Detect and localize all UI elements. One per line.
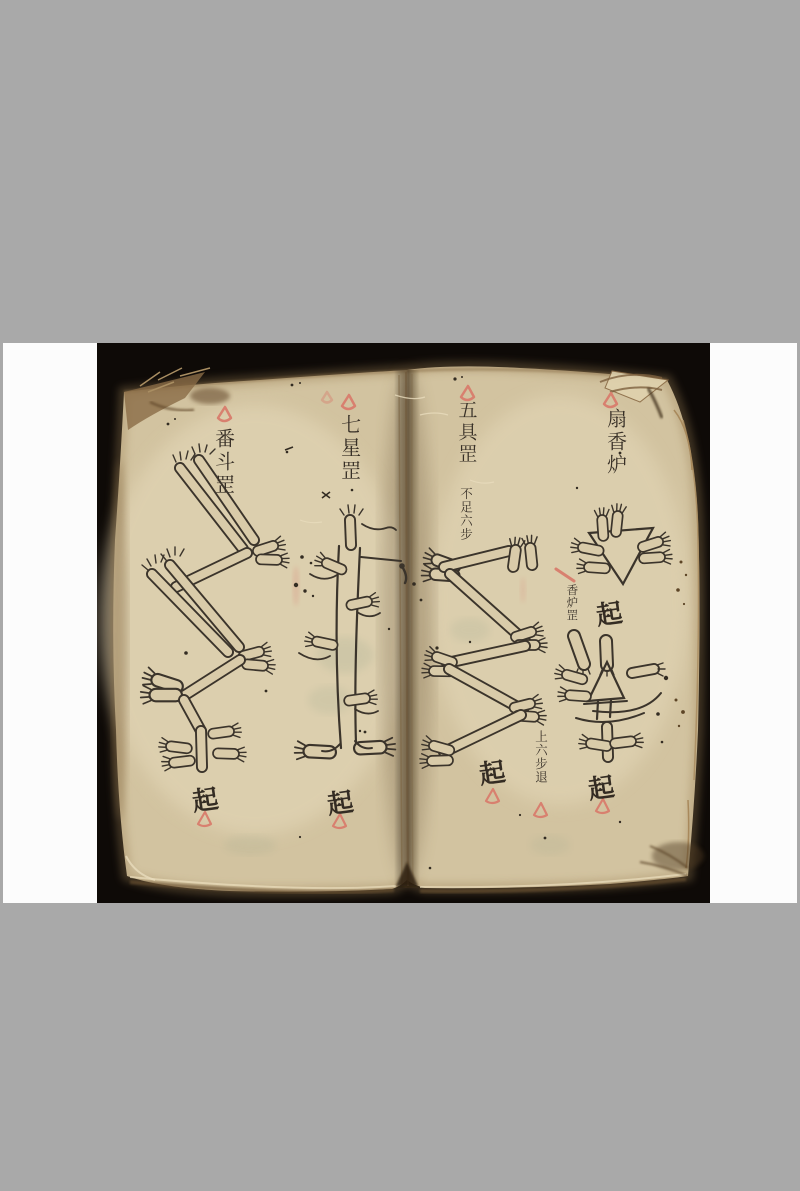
start-marker-right-col2-mid: 起 xyxy=(594,592,625,632)
start-marker-left-col1: 起 xyxy=(190,778,221,818)
title-wuju-gang: 五具罡 xyxy=(456,400,477,466)
note-xianglugang: 香炉罡 xyxy=(566,584,578,622)
title-fandou-gang: 番斗罡 xyxy=(212,428,234,497)
note-buzuliubu: 不足六步 xyxy=(459,487,473,541)
note-shangliubutui: 上六步退 xyxy=(534,730,548,784)
gray-background: 番斗罡 七星罡 五具罡 不足六步 上六步退 扇香炉 香炉罡 起 起 起 起 起 xyxy=(0,0,800,1191)
start-marker-right-col1: 起 xyxy=(477,751,508,791)
start-marker-left-col2: 起 xyxy=(325,781,356,821)
title-qixing-gang: 七星罡 xyxy=(338,414,360,483)
start-marker-right-col2: 起 xyxy=(586,766,617,806)
title-shanxianglu: 扇香炉 xyxy=(604,408,626,477)
